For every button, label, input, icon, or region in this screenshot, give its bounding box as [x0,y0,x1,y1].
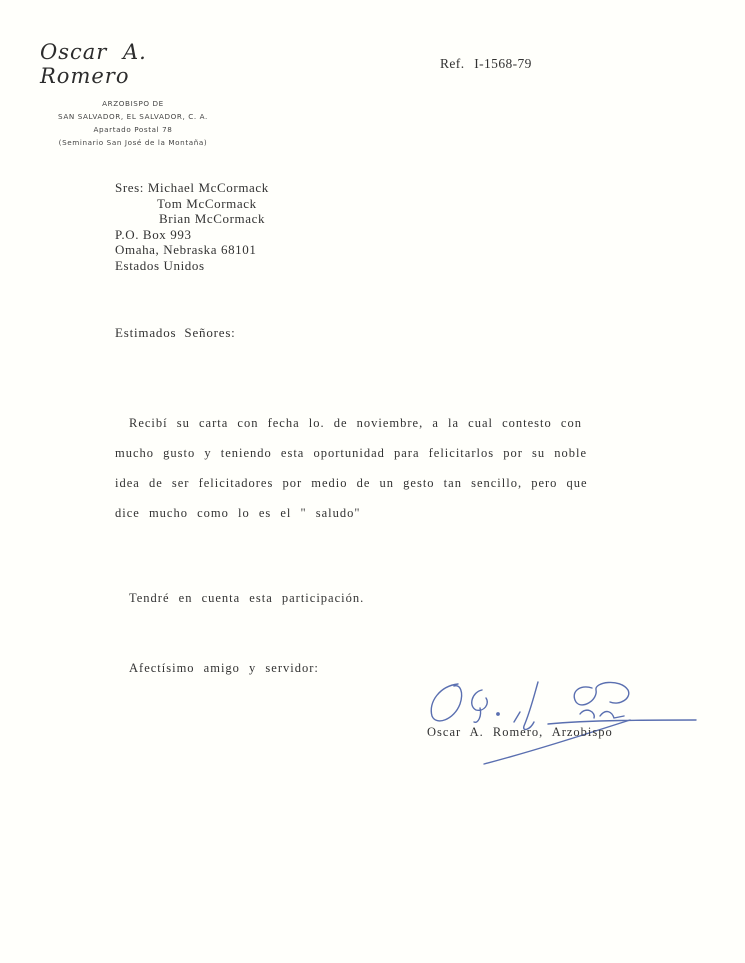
letterhead-name: Oscar A. Romero [28,40,238,88]
recipient-line: Sres: Michael McCormack [115,180,269,196]
body-line: mucho gusto y teniendo esta oportunidad … [115,438,635,468]
body-line: dice mucho como lo es el " saludo" [115,498,635,528]
letterhead-location: SAN SALVADOR, EL SALVADOR, C. A. [28,110,238,123]
recipient-line: Estados Unidos [115,258,269,274]
recipient-line: Omaha, Nebraska 68101 [115,242,269,258]
letterhead-title: ARZOBISPO DE [28,97,238,110]
letterhead-seminary: (Seminario San José de la Montaña) [28,136,238,149]
body-paragraph: Recibí su carta con fecha lo. de noviemb… [115,408,635,528]
letterhead: Oscar A. Romero ARZOBISPO DE SAN SALVADO… [28,40,238,149]
signer-name: Oscar A. Romero, Arzobispo [427,725,613,740]
recipient-line: P.O. Box 993 [115,227,269,243]
closing-note: Tendré en cuenta esta participación. [129,591,364,606]
body-line: Recibí su carta con fecha lo. de noviemb… [115,408,635,438]
recipient-line: Brian McCormack [115,211,269,227]
recipient-line: Tom McCormack [115,196,269,212]
handwritten-signature-icon [420,672,710,772]
body-line: idea de ser felicitadores por medio de u… [115,468,635,498]
reference-number: Ref. I-1568-79 [440,56,532,72]
letterhead-postal: Apartado Postal 78 [28,123,238,136]
complimentary-close: Afectísimo amigo y servidor: [129,661,319,676]
recipient-address: Sres: Michael McCormack Tom McCormack Br… [115,180,269,274]
salutation: Estimados Señores: [115,325,236,341]
